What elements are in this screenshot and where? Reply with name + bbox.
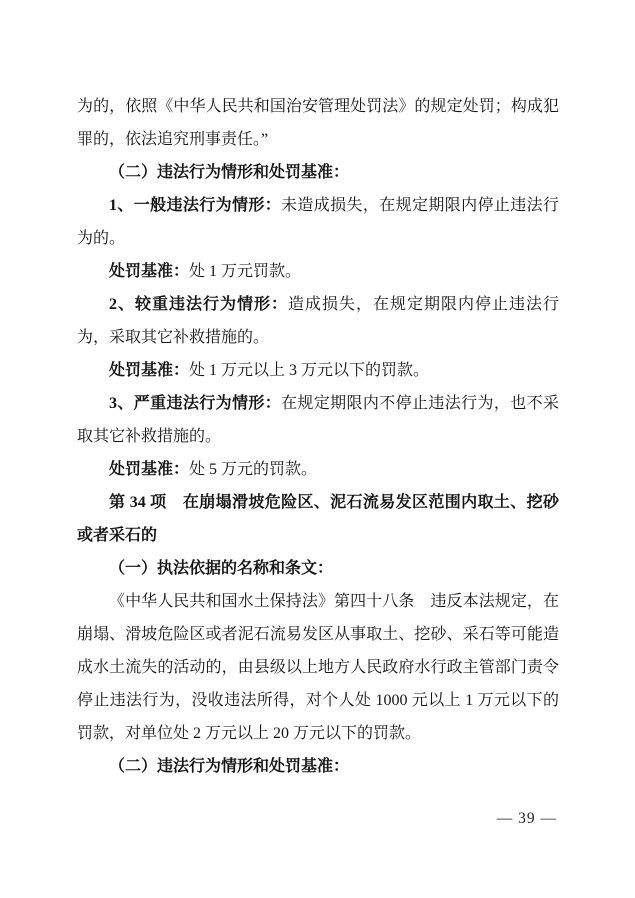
heading-text: （二）违法行为情形和处罚基准： [109, 164, 349, 181]
penalty-label: 处罚基准： [109, 461, 189, 478]
penalty-standard-1: 处罚基准：处 1 万元罚款。 [77, 255, 559, 288]
item-3-severe-violation: 3、严重违法行为情形：在规定期限内不停止违法行为，也不采取其它补救措施的。 [77, 387, 559, 453]
item-1-general-violation: 1、一般违法行为情形：未造成损失，在规定期限内停止违法行为的。 [77, 189, 559, 255]
subsection-2-heading: （二）违法行为情形和处罚基准： [77, 750, 559, 783]
paragraph-text: 为的，依照《中华人民共和国治安管理处罚法》的规定处罚；构成犯罪的，依法追究刑事责… [77, 98, 559, 148]
penalty-text: 处 1 万元罚款。 [189, 263, 301, 280]
penalty-label: 处罚基准： [109, 263, 189, 280]
penalty-text: 处 5 万元的罚款。 [189, 461, 317, 478]
law-citation-paragraph: 《中华人民共和国水土保持法》第四十八条 违反本法规定，在崩塌、滑坡危险区或者泥石… [77, 585, 559, 750]
item-label: 1、一般违法行为情形： [109, 197, 281, 214]
paragraph-continuation: 为的，依照《中华人民共和国治安管理处罚法》的规定处罚；构成犯罪的，依法追究刑事责… [77, 90, 559, 156]
subsection-1-heading: （一）执法依据的名称和条文： [77, 552, 559, 585]
heading-text: （二）违法行为情形和处罚基准： [109, 758, 349, 775]
item-label: 2、较重违法行为情形： [109, 296, 288, 313]
heading-text: （一）执法依据的名称和条文： [109, 560, 333, 577]
subsection-2-heading-prev-item: （二）违法行为情形和处罚基准： [77, 156, 559, 189]
document-page: 为的，依照《中华人民共和国治安管理处罚法》的规定处罚；构成犯罪的，依法追究刑事责… [0, 0, 635, 898]
penalty-standard-3: 处罚基准：处 5 万元的罚款。 [77, 453, 559, 486]
article-34-heading: 第 34 项 在崩塌滑坡危险区、泥石流易发区范围内取土、挖砂或者采石的 [77, 486, 559, 552]
paragraph-text: 《中华人民共和国水土保持法》第四十八条 违反本法规定，在崩塌、滑坡危险区或者泥石… [77, 593, 559, 742]
page-footer: — 39 — [0, 810, 557, 828]
document-body: 为的，依照《中华人民共和国治安管理处罚法》的规定处罚；构成犯罪的，依法追究刑事责… [77, 90, 559, 783]
penalty-text: 处 1 万元以上 3 万元以下的罚款。 [189, 362, 429, 379]
penalty-label: 处罚基准： [109, 362, 189, 379]
penalty-standard-2: 处罚基准：处 1 万元以上 3 万元以下的罚款。 [77, 354, 559, 387]
heading-text: 第 34 项 在崩塌滑坡危险区、泥石流易发区范围内取土、挖砂或者采石的 [77, 494, 559, 544]
page-number: — 39 — [497, 810, 557, 827]
item-2-moderate-violation: 2、较重违法行为情形：造成损失，在规定期限内停止违法行为，采取其它补救措施的。 [77, 288, 559, 354]
item-label: 3、严重违法行为情形： [109, 395, 281, 412]
